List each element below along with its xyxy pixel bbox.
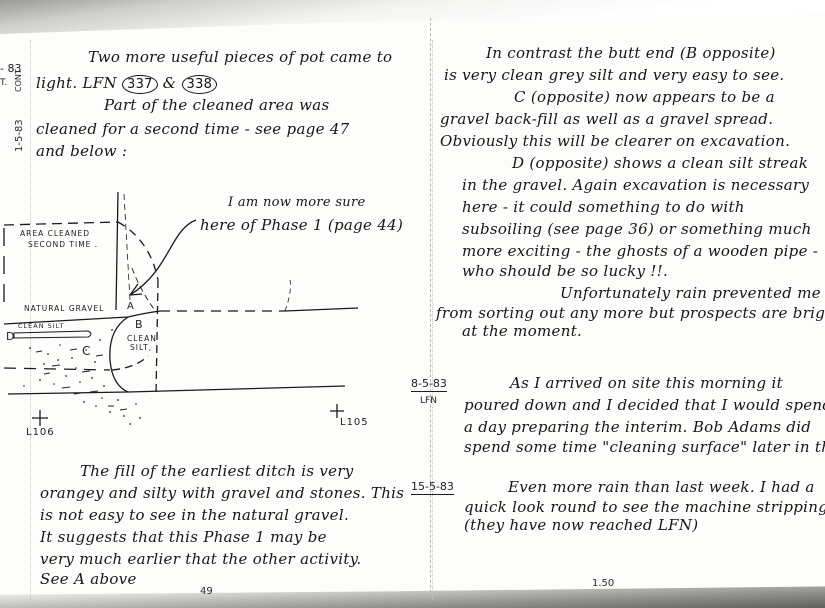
margin-vertical-note: CONT xyxy=(14,69,23,92)
label-point-c: C xyxy=(82,344,91,358)
label-point-b: B xyxy=(135,318,144,331)
find-connector: & xyxy=(163,74,177,92)
page-number-value: 50 xyxy=(602,578,615,589)
label-point-d: D xyxy=(6,330,15,343)
entry2-line4: spend some time "cleaning surface" later… xyxy=(464,434,825,460)
label-point-a: A xyxy=(127,301,135,312)
left-p2-line3: and below : xyxy=(36,138,127,164)
page-number-right: 1.50 xyxy=(592,578,614,589)
gravel-dashes xyxy=(36,349,127,410)
annotation-arrow xyxy=(130,220,196,295)
margin-label-fragment: T. xyxy=(0,78,7,88)
marker-l105: L105 xyxy=(340,417,369,428)
label-clean-silt-strip: CLEAN SILT xyxy=(18,322,64,330)
page-number-left: 49 xyxy=(200,586,213,597)
label-second-time: SECOND TIME . xyxy=(28,240,98,249)
entry-date-8-5-83: 8-5-83 xyxy=(411,377,447,392)
left-p3-line6: See A above xyxy=(40,566,137,592)
page-number-prefix: 1. xyxy=(592,578,602,589)
entry-site-code: LFN xyxy=(420,396,437,406)
margin-vertical-date: 1-5-83 xyxy=(14,119,25,152)
left-p1-line2-prefix: light. LFN xyxy=(36,74,117,92)
label-silt: SILT, xyxy=(130,343,152,352)
label-area-cleaned: AREA CLEANED xyxy=(20,229,90,238)
right-page-margin-line xyxy=(432,40,434,600)
left-p2-line1: Part of the cleaned area was xyxy=(104,92,330,118)
right-p1-line14: at the moment. xyxy=(462,318,582,344)
left-p1-line1: Two more useful pieces of pot came to xyxy=(88,44,392,70)
area-cleaned-outline xyxy=(4,222,118,225)
entry-date-15-5-83: 15-5-83 xyxy=(411,480,454,495)
label-clean: CLEAN xyxy=(127,334,157,343)
label-natural-gravel: NATURAL GRAVEL xyxy=(24,304,104,313)
notebook-spread: - 83 T. 1-5-83 CONT Two more useful piec… xyxy=(0,0,825,608)
marker-l106: L106 xyxy=(26,427,55,438)
entry3-line3: (they have now reached LFN) xyxy=(464,512,698,538)
